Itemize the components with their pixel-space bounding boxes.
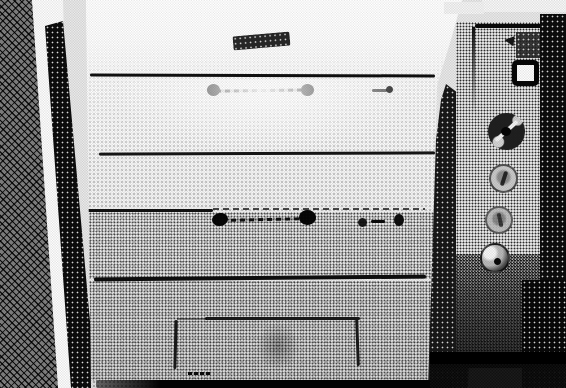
bottom-recess-top-edge-faint [177,318,207,320]
floor-shadow [96,380,452,388]
knob-1 [488,113,525,150]
knob-3-mark [497,213,504,228]
square-button [512,60,539,86]
knob-1-center [501,127,511,136]
knob-4-center [494,258,501,265]
photo-frame [0,0,566,388]
drawer-4-shade [86,212,436,278]
bottom-recess-dash [188,372,210,375]
corner-highlight-2 [444,2,484,14]
knob-2-mark [500,171,508,187]
bottom-recess-top-edge [205,317,360,320]
bottom-recess-smudge [256,322,300,370]
knob-3 [485,206,513,234]
knob-2 [489,164,518,193]
drawer-seam-3-dashed [213,208,425,210]
panel-top-edge [475,24,549,28]
bottom-right-shadow-c [430,364,566,388]
knob-4 [480,243,510,273]
corner-highlight-1 [482,0,566,12]
drawer-2-highlight [120,80,405,150]
panel-left-edge [472,27,475,115]
